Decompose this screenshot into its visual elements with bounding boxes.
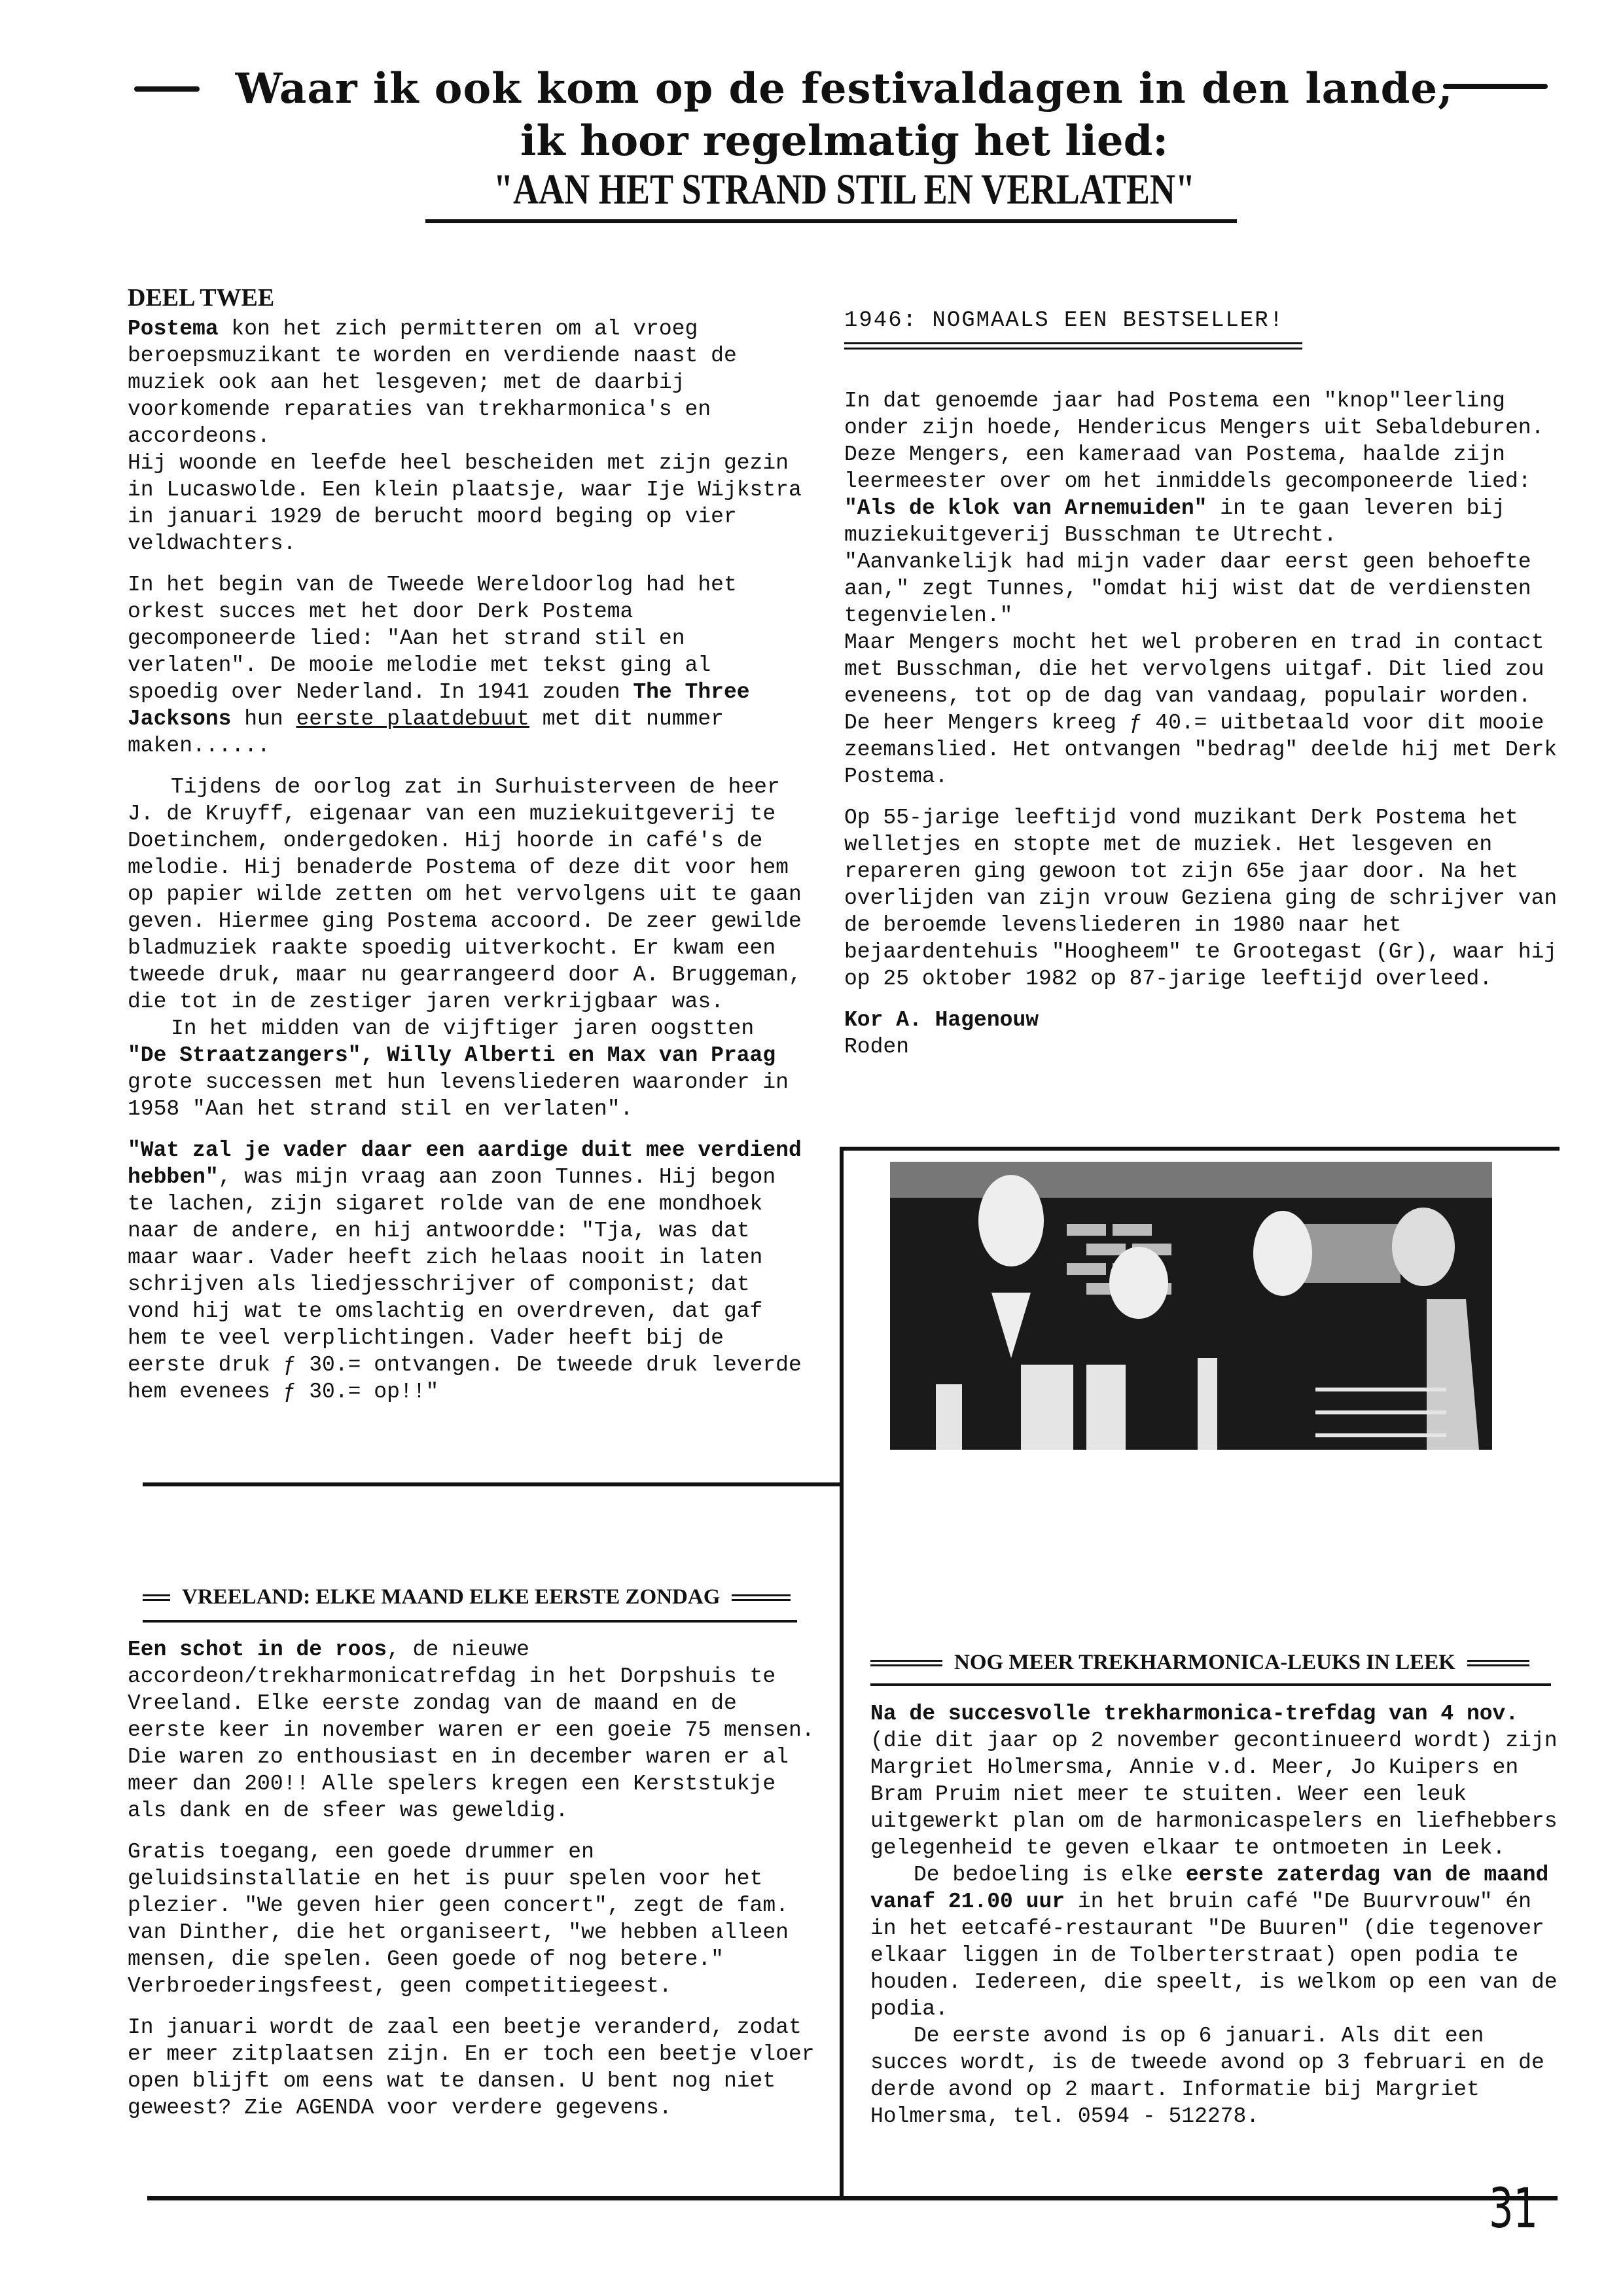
right-column: 1946: NOGMAALS EEN BESTSELLER! In dat ge… (844, 308, 1558, 1060)
leek-article: Na de succesvolle trekharmonica-trefdag … (870, 1700, 1564, 2130)
bold-lead: Postema (128, 317, 219, 341)
bold-lead: Na de succesvolle trekharmonica-trefdag … (870, 1702, 1518, 1726)
text: grote successen met hun levensliederen w… (128, 1070, 789, 1121)
accordion-players-photo (890, 1162, 1492, 1450)
paragraph: Een schot in de roos, de nieuwe accordeo… (128, 1636, 815, 1824)
vreeland-title-rule (143, 1620, 797, 1623)
left-column: DEEL TWEE Postema kon het zich permitter… (128, 285, 805, 1405)
paragraph: In het begin van de Tweede Wereldoorlog … (128, 571, 805, 759)
paragraph: Maar Mengers mocht het wel proberen en t… (844, 629, 1558, 790)
text: De bedoeling is elke (914, 1863, 1186, 1887)
text: In het midden van de vijftiger jaren oog… (171, 1016, 754, 1041)
paragraph: De eerste avond is op 6 januari. Als dit… (870, 2022, 1564, 2130)
section-title-deel-twee: DEEL TWEE (128, 285, 805, 312)
paragraph: Tijdens de oorlog zat in Surhuisterveen … (128, 774, 805, 1015)
underlined-text: eerste plaatdebuut (296, 707, 529, 731)
vreeland-title: VREELAND: ELKE MAAND ELKE EERSTE ZONDAG (182, 1585, 720, 1609)
headline-line-3: "AAN HET STRAND STIL EN VERLATEN" (259, 165, 1429, 215)
author: Kor A. Hagenouw (844, 1007, 1558, 1033)
leek-title-rule (870, 1683, 1551, 1686)
vreeland-banner: VREELAND: ELKE MAAND ELKE EERSTE ZONDAG (143, 1585, 797, 1609)
vreeland-article: Een schot in de roos, de nieuwe accordeo… (128, 1636, 815, 2121)
photo-box-top-border (840, 1147, 1560, 1151)
paragraph: "Aanvankelijk had mijn vader daar eerst … (844, 548, 1558, 629)
leek-banner: NOG MEER TREKHARMONICA-LEUKS IN LEEK (870, 1651, 1551, 1675)
banner-double-rule-right (732, 1594, 791, 1601)
leek-title: NOG MEER TREKHARMONICA-LEUKS IN LEEK (954, 1651, 1455, 1675)
double-underline (844, 342, 1302, 350)
bold-text: "Als de klok van Arnemuiden" (844, 496, 1207, 520)
text: kon het zich permitteren om al vroeg ber… (128, 317, 737, 448)
paragraph: In het midden van de vijftiger jaren oog… (128, 1015, 805, 1122)
paragraph: In januari wordt de zaal een beetje vera… (128, 2014, 815, 2121)
paragraph: Gratis toegang, een goede drummer en gel… (128, 1839, 815, 2000)
headline-line-2: ik hoor regelmatig het lied: (131, 117, 1558, 166)
bold-text: "De Straatzangers", Willy Alberti en Max… (128, 1043, 776, 1067)
text: hun (231, 707, 296, 731)
paragraph: In dat genoemde jaar had Postema een "kn… (844, 387, 1558, 548)
text: (die dit jaar op 2 november gecontinueer… (870, 1729, 1558, 1860)
paragraph: "Wat zal je vader daar een aardige duit … (128, 1137, 805, 1405)
page-bottom-rule (147, 2196, 1558, 2200)
left-column-bottom-rule (143, 1482, 843, 1486)
headline-line-1: Waar ik ook kom op de festivaldagen in d… (131, 64, 1558, 113)
bold-lead: Een schot in de roos (128, 1638, 387, 1662)
banner-double-rule-left (143, 1594, 170, 1601)
paragraph: De bedoeling is elke eerste zaterdag van… (870, 1861, 1564, 2022)
page-number: 31 (1489, 2176, 1538, 2240)
headline-underline (425, 219, 1237, 223)
banner-double-rule-left (870, 1660, 942, 1666)
photo-image (890, 1162, 1492, 1450)
paragraph: Na de succesvolle trekharmonica-trefdag … (870, 1700, 1564, 1861)
photo-box-left-border (840, 1147, 844, 2200)
paragraph: Postema kon het zich permitteren om al v… (128, 315, 805, 450)
paragraph: Hij woonde en leefde heel bescheiden met… (128, 450, 805, 557)
paragraph: Op 55-jarige leeftijd vond muzikant Derk… (844, 804, 1558, 992)
text: In dat genoemde jaar had Postema een "kn… (844, 389, 1544, 493)
section-title-bestseller: 1946: NOGMAALS EEN BESTSELLER! (844, 308, 1558, 334)
author-place: Roden (844, 1033, 1558, 1060)
banner-double-rule-right (1467, 1660, 1529, 1666)
text: , de nieuwe accordeon/trekharmonicatrefd… (128, 1638, 815, 1823)
text: , was mijn vraag aan zoon Tunnes. Hij be… (128, 1165, 802, 1404)
